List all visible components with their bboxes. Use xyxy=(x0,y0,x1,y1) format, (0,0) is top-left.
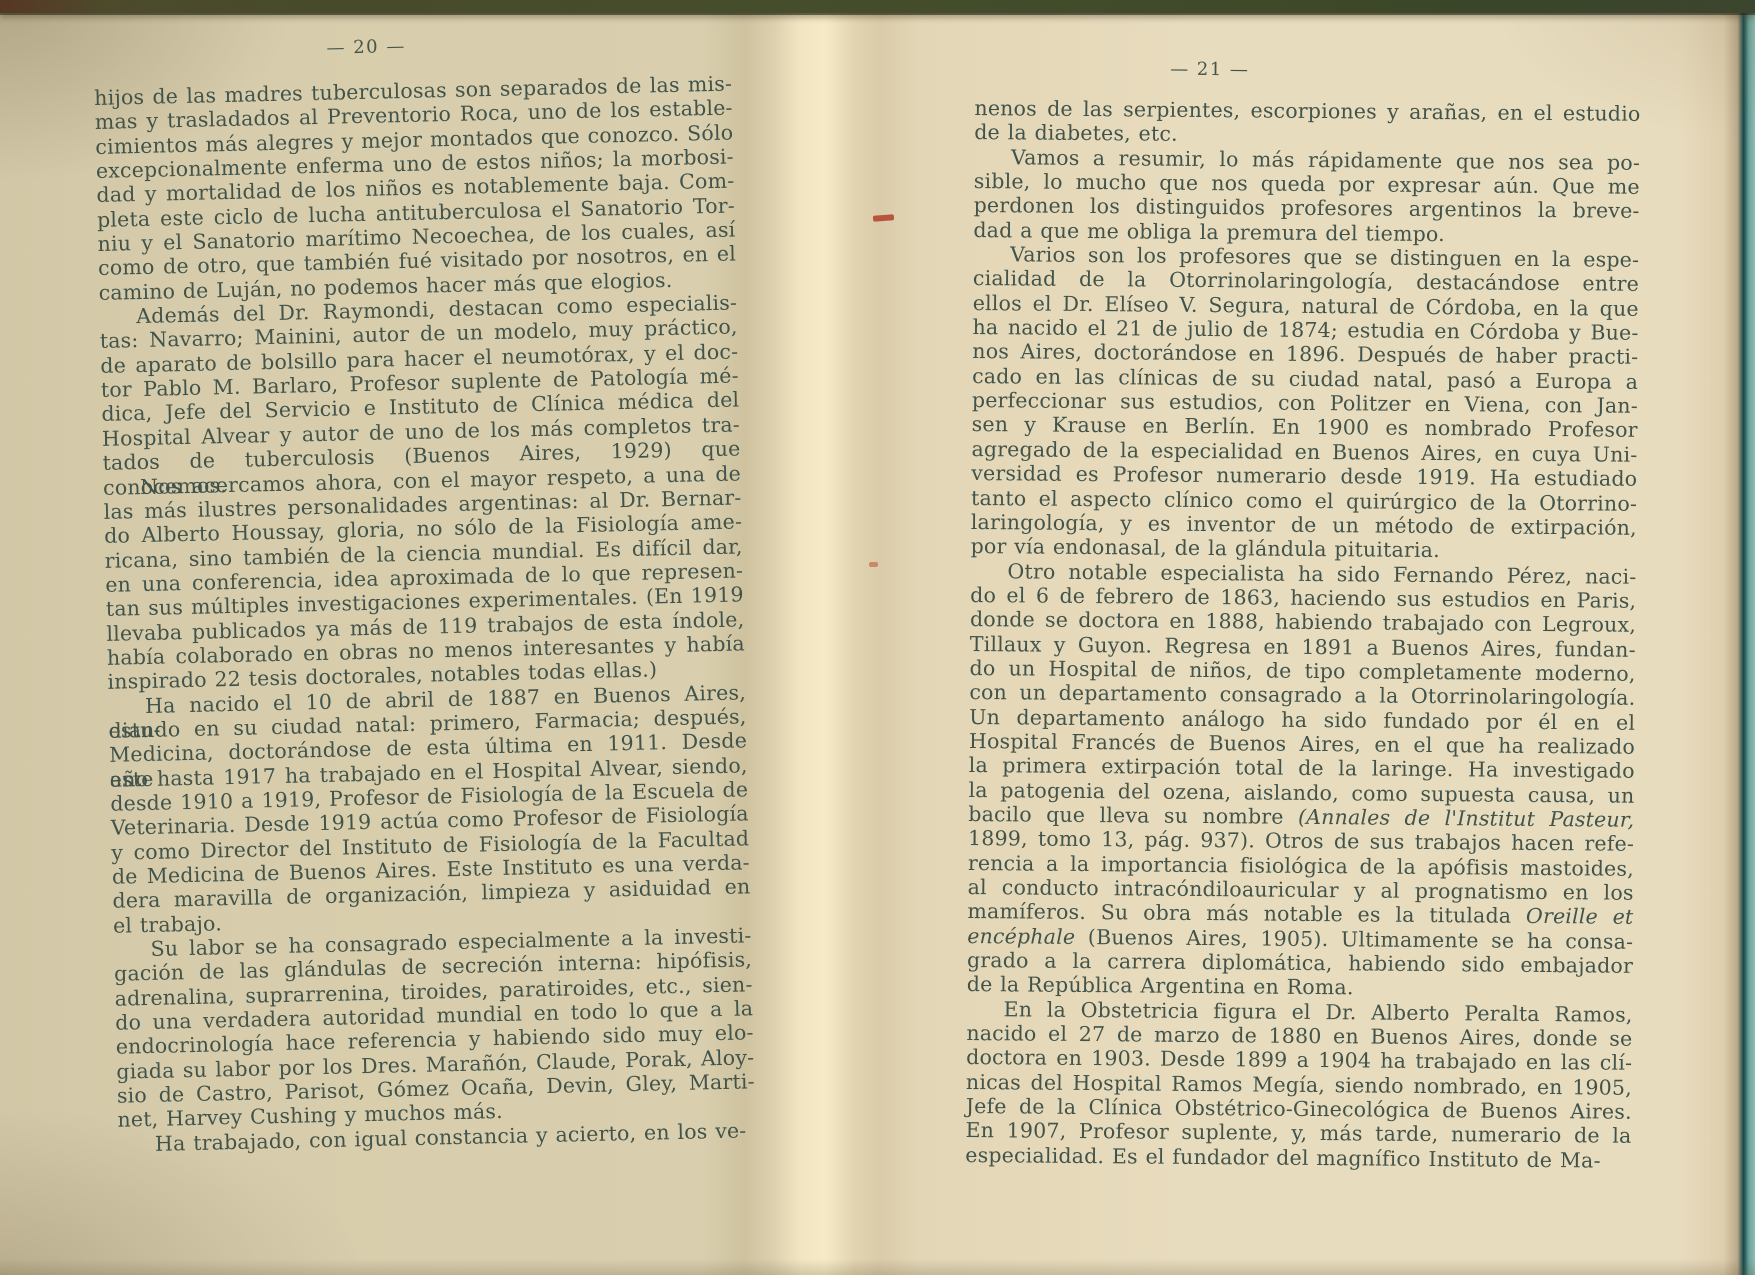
paragraph: Nos acercamos ahora, con el mayor respet… xyxy=(103,461,746,695)
red-scan-mark-small xyxy=(869,562,878,567)
paragraph: Ha nacido el 10 de abril de 1887 en Buen… xyxy=(108,680,751,938)
red-scan-mark xyxy=(873,214,894,221)
paragraph: nenos de las serpientes, escorpiones y a… xyxy=(974,96,1640,150)
italic-citation: encéphale xyxy=(967,924,1075,949)
book-top-edge xyxy=(0,0,1755,13)
italic-citation: Oreille et xyxy=(1526,904,1634,929)
paragraph: hijos de las madres tuberculosas son sep… xyxy=(94,72,737,306)
text-line: especialidad. Es el fundador del magnífi… xyxy=(965,1143,1631,1173)
paragraph: Su labor se ha consagrado especialmente … xyxy=(113,923,755,1132)
italic-citation: (Annales de l'Institut Pasteur, xyxy=(1298,805,1634,832)
paragraph: En la Obstetricia figura el Dr. Alberto … xyxy=(965,997,1632,1173)
page-21: — 21 — nenos de las serpientes, escorpio… xyxy=(965,48,1641,1173)
page-20: — 20 — hijos de las madres tuberculosas … xyxy=(93,28,756,1157)
paragraph: Además del Dr. Raymondi, destacan como e… xyxy=(99,291,741,476)
page-21-text-block: nenos de las serpientes, escorpiones y a… xyxy=(965,96,1640,1173)
page-20-text-block: hijos de las madres tuberculosas son sep… xyxy=(94,72,756,1157)
book-spread: — 20 — hijos de las madres tuberculosas … xyxy=(0,0,1755,1275)
page-number-left: — 20 — xyxy=(47,29,685,67)
paragraph: Otro notable especialista ha sido Fernan… xyxy=(967,559,1637,1003)
page-number-right: — 21 — xyxy=(877,55,1543,85)
paragraph: Varios son los profesores que se disting… xyxy=(971,242,1640,564)
paragraph: Vamos a resumir, lo más rápidamente que … xyxy=(973,145,1640,248)
